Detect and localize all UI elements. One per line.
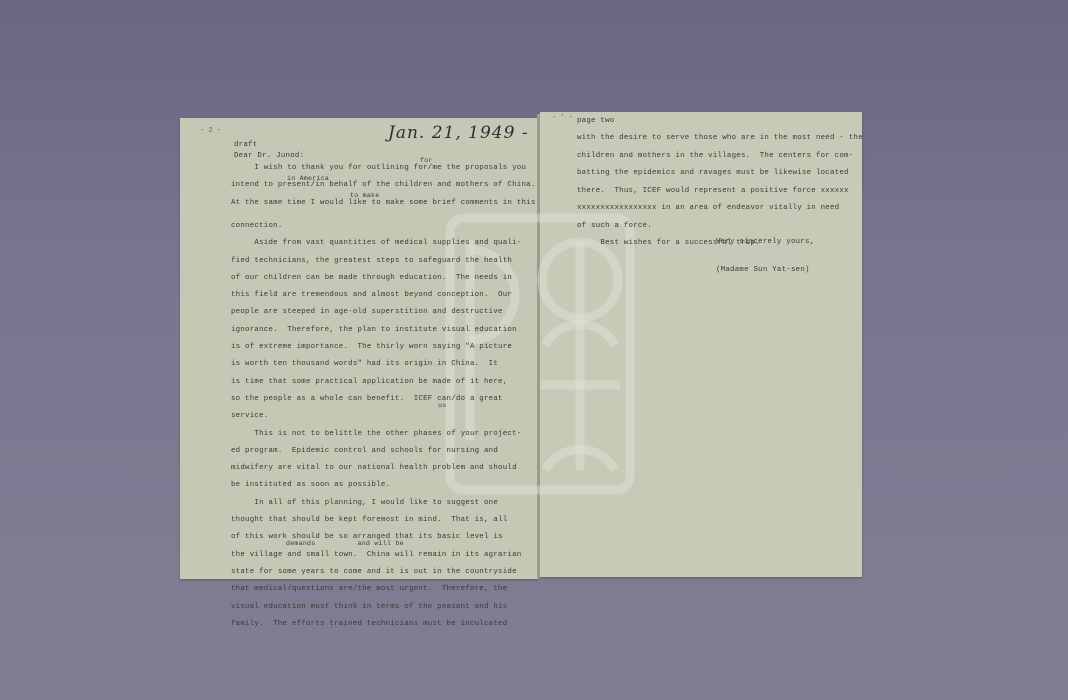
interlinear-correction: us — [438, 402, 446, 409]
letter-line: this field are tremendous and almost bey… — [231, 291, 512, 299]
letter-line: be instituted as soon as possible. — [231, 481, 390, 489]
interlinear-correction: in America — [287, 175, 329, 182]
letter-line: service. — [231, 412, 268, 420]
letter-line: I wish to thank you for outlining for/me… — [231, 164, 526, 172]
letter-line: so the people as a whole can benefit. IC… — [231, 395, 503, 403]
handwritten-date: Jan. 21, 1949 - — [388, 123, 529, 143]
letter-line: midwifery are vital to our national heal… — [231, 464, 517, 472]
letter-line: visual education must think in terms of … — [231, 603, 507, 611]
letter-line: ed program. Epidemic control and schools… — [231, 447, 498, 455]
letter-line: that medical/questions are/the most urge… — [231, 585, 507, 593]
letter-line: the village and small town. China will r… — [231, 551, 521, 559]
letter-line: there. Thus, ICEF would represent a posi… — [577, 187, 849, 195]
letter-line: children and mothers in the villages. Th… — [577, 152, 853, 160]
letter-line: Aside from vast quantities of medical su… — [231, 239, 521, 247]
signature: (Madame Sun Yat-sen) — [716, 266, 810, 274]
letter-line: batting the epidemics and ravages must b… — [577, 169, 849, 177]
letter-line: connection. — [231, 222, 283, 230]
letter-page-two — [540, 112, 862, 577]
page-corner-mark: - 2 - — [200, 127, 221, 135]
interlinear-correction: to make — [350, 192, 379, 199]
letter-line: At the same time I would like to make so… — [231, 199, 536, 207]
letter-line: is of extreme importance. The thirly wor… — [231, 343, 512, 351]
letter-line: is time that some practical application … — [231, 378, 507, 386]
letter-line: family. The efforts trained technicians … — [231, 620, 507, 628]
page-corner-mark-two: - ' - — [552, 114, 573, 122]
draft-label: draft — [234, 141, 257, 149]
letter-line: intend to present/in behalf of the child… — [231, 181, 536, 189]
page-header: page two — [577, 117, 614, 125]
letter-line: This is not to belittle the other phases… — [231, 430, 521, 438]
letter-line: with the desire to serve those who are i… — [577, 134, 863, 142]
letter-line: is worth ten thousand words" had its ori… — [231, 360, 498, 368]
letter-line: state for some years to come and it is o… — [231, 568, 517, 576]
letter-line: In all of this planning, I would like to… — [231, 499, 498, 507]
letter-line: xxxxxxxxxxxxxxxxx in an area of endeavor… — [577, 204, 839, 212]
letter-line: of such a force. — [577, 222, 652, 230]
letter-line: of our children can be made through educ… — [231, 274, 512, 282]
letter-line: thought that should be kept foremost in … — [231, 516, 507, 524]
page-fold — [537, 114, 540, 578]
interlinear-correction: demands and will be — [286, 540, 404, 547]
salutation: Dear Dr. Junod: — [234, 152, 304, 160]
letter-line: people are steeped in age-old superstiti… — [231, 308, 503, 316]
letter-line: ignorance. Therefore, the plan to instit… — [231, 326, 517, 334]
interlinear-correction: for — [420, 157, 433, 164]
letter-line: fied technicians, the greatest steps to … — [231, 257, 512, 265]
closing: Very sincerely yours, — [716, 238, 814, 246]
